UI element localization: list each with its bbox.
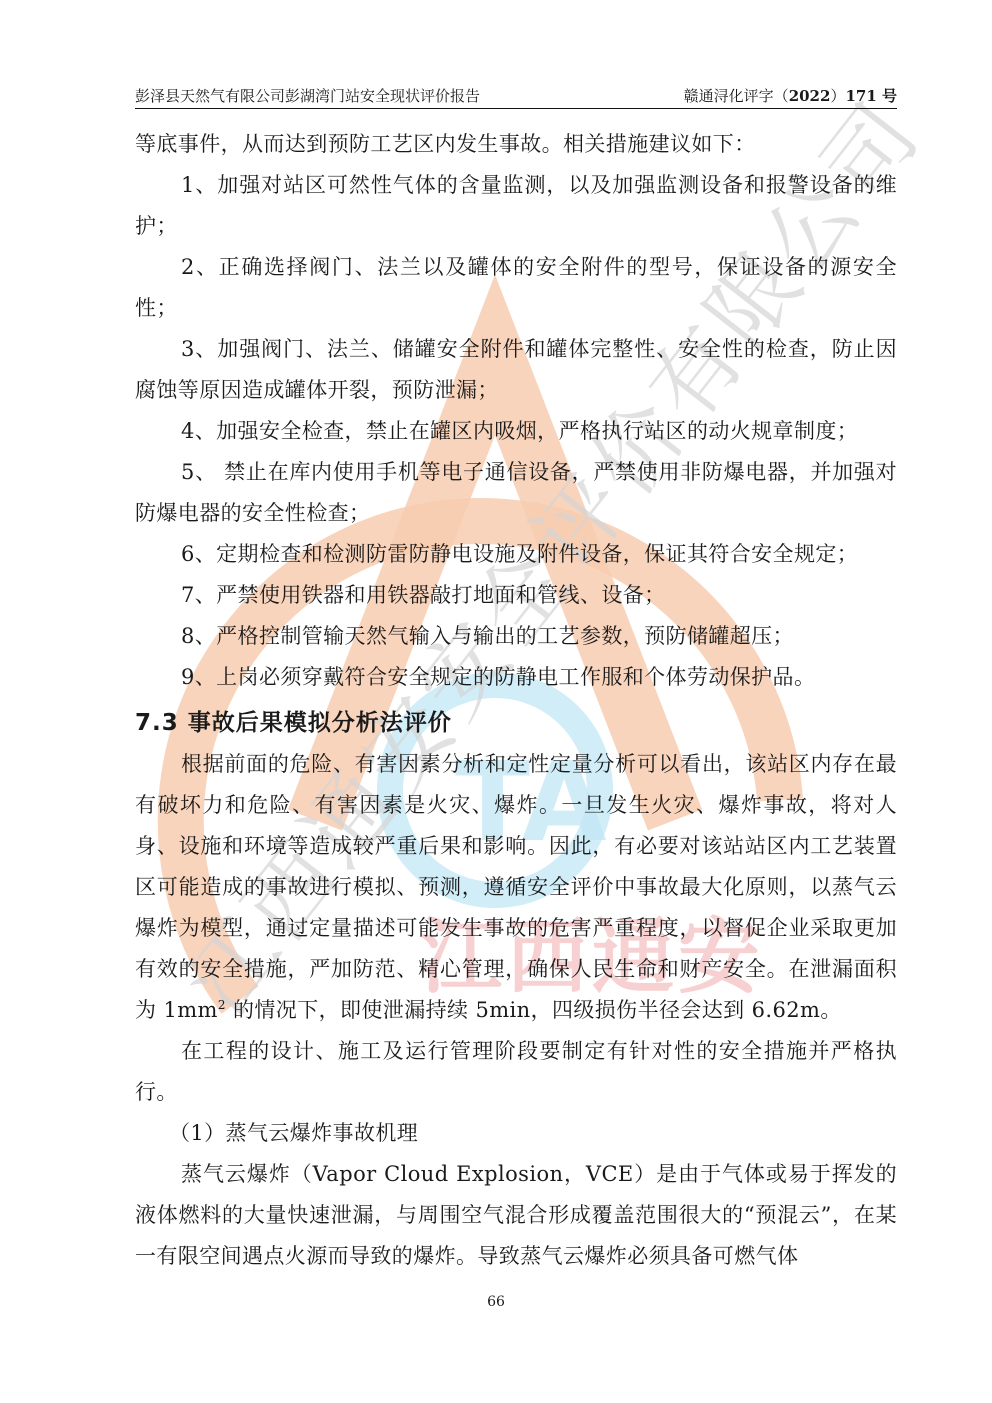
measure-item-4: 4、加强安全检查，禁止在罐区内吸烟，严格执行站区的动火规章制度； — [135, 411, 897, 452]
sub-heading: （1）蒸气云爆炸事故机理 — [135, 1113, 897, 1154]
analysis-paragraph: 根据前面的危险、有害因素分析和定性定量分析可以看出，该站区内存在最有破坏力和危险… — [135, 744, 897, 1031]
measure-item-1: 1、加强对站区可然性气体的含量监测，以及加强监测设备和报警设备的维护； — [135, 165, 897, 247]
measure-item-5: 5、 禁止在库内使用手机等电子通信设备，严禁使用非防爆电器，并加强对防爆电器的安… — [135, 452, 897, 534]
measure-item-3: 3、加强阀门、法兰、储罐安全附件和罐体完整性、安全性的检查，防止因腐蚀等原因造成… — [135, 329, 897, 411]
page-header: 彭泽县天然气有限公司彭湖湾门站安全现状评价报告 赣通浔化评字（2022）171 … — [135, 86, 897, 109]
report-title: 彭泽县天然气有限公司彭湖湾门站安全现状评价报告 — [135, 86, 480, 106]
intro-paragraph: 等底事件，从而达到预防工艺区内发生事故。相关措施建议如下： — [135, 124, 897, 165]
measures-paragraph: 在工程的设计、施工及运行管理阶段要制定有针对性的安全措施并严格执行。 — [135, 1031, 897, 1113]
document-number: 赣通浔化评字（2022）171 号 — [684, 86, 897, 106]
vce-paragraph: 蒸气云爆炸（Vapor Cloud Explosion，VCE）是由于气体或易于… — [135, 1154, 897, 1277]
page-number: 66 — [0, 1294, 992, 1310]
measure-item-2: 2、正确选择阀门、法兰以及罐体的安全附件的型号，保证设备的源安全性； — [135, 247, 897, 329]
document-body: 等底事件，从而达到预防工艺区内发生事故。相关措施建议如下： 1、加强对站区可然性… — [135, 124, 897, 1277]
document-page: TA 江西通安安全评价有限公司 江西通安 彭泽县天然气有限公司彭湖湾门站安全现状… — [0, 0, 992, 1403]
measure-item-7: 7、严禁使用铁器和用铁器敲打地面和管线、设备； — [135, 575, 897, 616]
measure-item-9: 9、上岗必须穿戴符合安全规定的防静电工作服和个体劳动保护品。 — [135, 657, 897, 698]
section-heading: 7.3 事故后果模拟分析法评价 — [135, 702, 897, 744]
measure-item-8: 8、严格控制管输天然气输入与输出的工艺参数，预防储罐超压； — [135, 616, 897, 657]
measure-item-6: 6、定期检查和检测防雷防静电设施及附件设备，保证其符合安全规定； — [135, 534, 897, 575]
